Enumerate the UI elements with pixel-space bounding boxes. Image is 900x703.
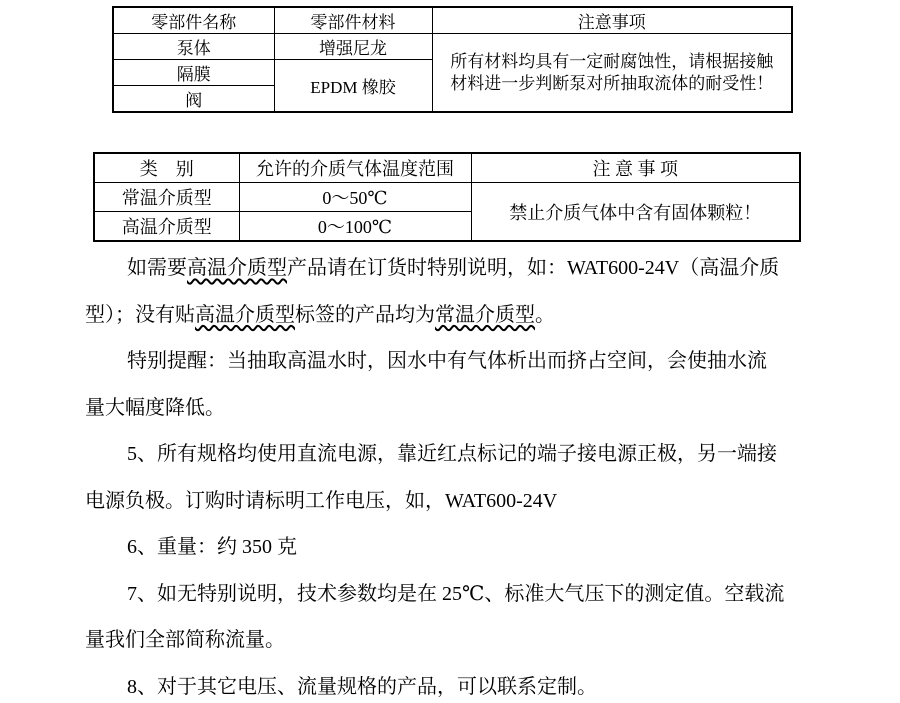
body-text: 如需要高温介质型产品请在订货时特别说明，如：WAT600-24V（高温介质 型）… [85,245,830,703]
paragraph-item7-line2: 量我们全部简称流量。 [85,617,830,664]
header-notes: 注 意 事 项 [471,153,800,183]
header-category: 类 别 [94,153,239,183]
cell-part-name: 泵体 [113,34,274,60]
paragraph-item8: 8、对于其它电压、流量规格的产品，可以联系定制。 [85,664,830,703]
paragraph-item5-line1: 5、所有规格均使用直流电源，靠近红点标记的端子接电源正极，另一端接 [85,431,830,478]
cell-notes: 禁止介质气体中含有固体颗粒！ [471,183,800,242]
text-segment: 如需要 [127,257,187,279]
underlined-term-high-temp: 高温介质型 [195,304,295,326]
paragraph-reminder-line1: 特别提醒：当抽取高温水时，因水中有气体析出而挤占空间，会使抽水流 [85,338,830,385]
paragraph-reminder-line2: 量大幅度降低。 [85,385,830,432]
text-segment: 型）；没有贴 [85,304,195,326]
table-header-row: 类 别 允许的介质气体温度范围 注 意 事 项 [94,153,800,183]
paragraph-order-note-line1: 如需要高温介质型产品请在订货时特别说明，如：WAT600-24V（高温介质 [85,245,830,292]
paragraph-item6: 6、重量：约 350 克 [85,524,830,571]
header-part-material: 零部件材料 [274,7,432,34]
cell-temp-range: 0～50℃ [239,183,471,212]
header-part-name: 零部件名称 [113,7,274,34]
table-header-row: 零部件名称 零部件材料 注意事项 [113,7,792,34]
text-segment: 。 [535,304,555,326]
text-segment: 标签的产品均为 [295,304,435,326]
paragraph-order-note-line2: 型）；没有贴高温介质型标签的产品均为常温介质型。 [85,292,830,339]
paragraph-item7-line1: 7、如无特别说明，技术参数均是在 25℃、标准大气压下的测定值。空载流 [85,571,830,618]
paragraph-item5-line2: 电源负极。订购时请标明工作电压，如，WAT600-24V [85,478,830,525]
header-notes: 注意事项 [432,7,792,34]
cell-part-material: 增强尼龙 [274,34,432,60]
cell-category: 高温介质型 [94,212,239,242]
parts-material-table: 零部件名称 零部件材料 注意事项 泵体 增强尼龙 所有材料均具有一定耐腐蚀性，请… [112,6,793,113]
underlined-term-normal-temp: 常温介质型 [435,304,535,326]
cell-temp-range: 0～100℃ [239,212,471,242]
header-temp-range: 允许的介质气体温度范围 [239,153,471,183]
cell-part-name: 隔膜 [113,60,274,86]
text-segment: 产品请在订货时特别说明，如：WAT600-24V（高温介质 [287,257,779,279]
table-row: 泵体 增强尼龙 所有材料均具有一定耐腐蚀性，请根据接触 材料进一步判断泵对所抽取… [113,34,792,60]
cell-notes: 所有材料均具有一定耐腐蚀性，请根据接触 材料进一步判断泵对所抽取流体的耐受性！ [432,34,792,113]
document-page: 零部件名称 零部件材料 注意事项 泵体 增强尼龙 所有材料均具有一定耐腐蚀性，请… [0,0,900,703]
temperature-class-table: 类 别 允许的介质气体温度范围 注 意 事 项 常温介质型 0～50℃ 禁止介质… [93,152,801,242]
cell-category: 常温介质型 [94,183,239,212]
underlined-term-high-temp: 高温介质型 [187,257,287,279]
cell-part-material: EPDM 橡胶 [274,60,432,113]
cell-part-name: 阀 [113,86,274,113]
table-row: 常温介质型 0～50℃ 禁止介质气体中含有固体颗粒！ [94,183,800,212]
notes-line: 所有材料均具有一定耐腐蚀性，请根据接触 [433,51,792,73]
notes-line: 材料进一步判断泵对所抽取流体的耐受性！ [433,73,792,95]
